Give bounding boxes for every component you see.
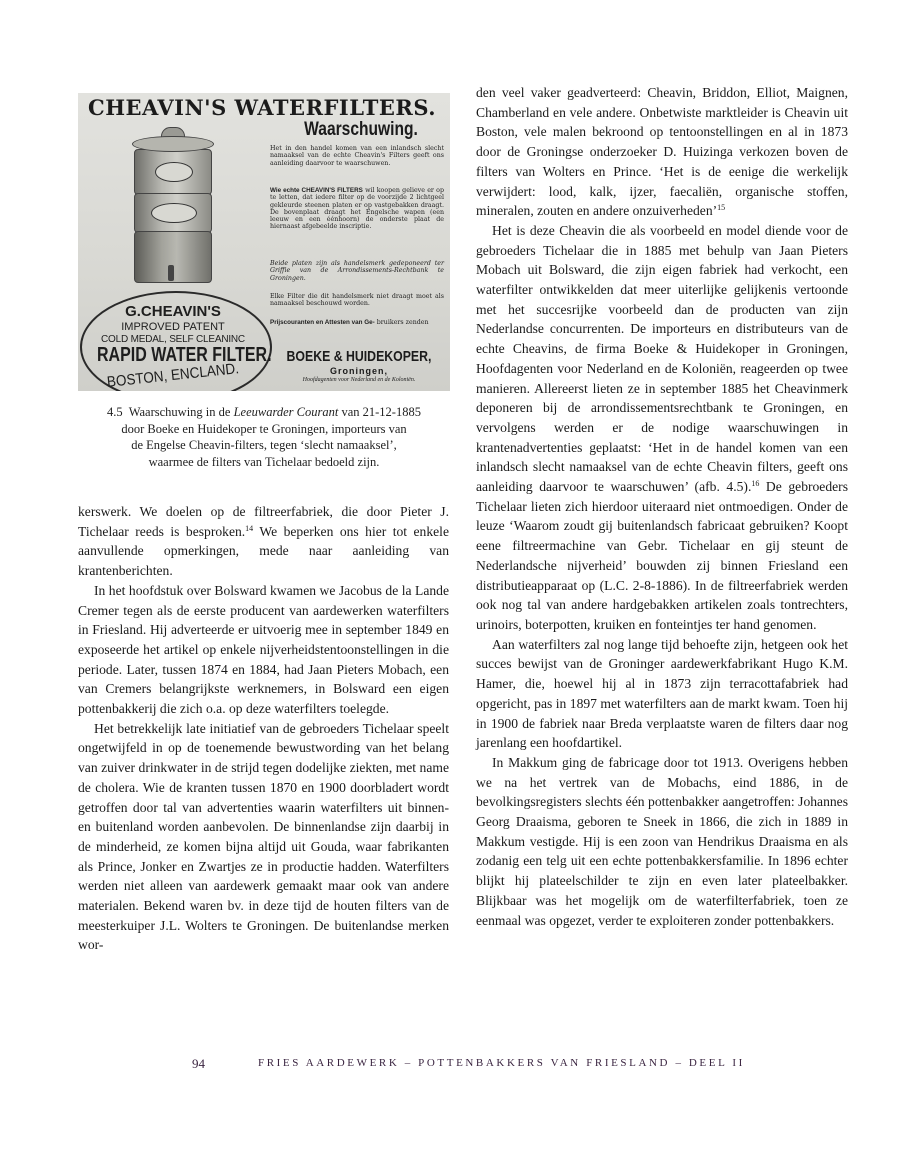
paragraph: In Makkum ging de fabricage door tot 191… [476, 753, 848, 930]
ad-paragraph-5: Prijscouranten en Attesten van Ge- bruik… [270, 319, 444, 326]
footnote-ref: 14 [245, 524, 253, 533]
ad-paragraph-5-bold: Prijscouranten en Attesten van Ge- [270, 319, 375, 326]
filter-upper-tier [134, 149, 212, 195]
ad-paragraph-4: Elke Filter die dit handelsmerk niet dra… [270, 293, 444, 308]
ad-warning-heading: Waarschuwing. [291, 119, 430, 141]
paragraph: Het is deze Cheavin die als voorbeeld en… [476, 221, 848, 635]
page-number: 94 [192, 1056, 205, 1072]
figure-caption: 4.5 Waarschuwing in de Leeuwarder Couran… [78, 404, 450, 470]
caption-date: van 21-12-1885 [341, 405, 421, 419]
oval-line-2: IMPROVED PATENT [78, 321, 268, 333]
caption-line-1: 4.5 Waarschuwing in de Leeuwarder Couran… [78, 404, 450, 421]
filter-inscription-plate [151, 203, 197, 223]
left-text-column: kerswerk. We doelen op de filtreerfabrie… [78, 502, 449, 955]
filter-emblem-plate [155, 162, 193, 182]
paragraph: Aan waterfilters zal nog lange tijd beho… [476, 635, 848, 753]
filter-tap [168, 265, 174, 281]
filter-lid [132, 136, 214, 152]
ad-agents-line: Hoofdagenten voor Nederland en de Koloni… [270, 377, 448, 383]
paragraph: In het hoofdstuk over Bolsward kwamen we… [78, 581, 449, 719]
ad-paragraph-3: Beide platen zijn als handelsmerk gedepo… [270, 260, 444, 282]
ad-company-name: BOEKE & HUIDEKOPER, [286, 348, 432, 365]
caption-line-3: de Engelse Cheavin-filters, tegen ‘slech… [78, 437, 450, 454]
footnote-ref: 15 [717, 203, 725, 212]
paragraph: Het betrekkelijk late initiatief van de … [78, 719, 449, 955]
filter-middle-tier [134, 193, 212, 233]
waterfilter-illustration [128, 127, 216, 287]
ad-paragraph-2-bold: Wie echte CHEAVIN'S FILTERS [270, 187, 363, 194]
paragraph-text: De gebroeders Tichelaar lieten zich hier… [476, 479, 848, 632]
ad-paragraph-2-text: wil koopen gelieve er op te letten, dat … [270, 187, 444, 230]
ad-title: CHEAVIN'S WATERFILTERS. [88, 95, 448, 120]
figure-advertisement-image: CHEAVIN'S WATERFILTERS. Waarschuwing. He… [78, 93, 450, 391]
paragraph-text: Het is deze Cheavin die als voorbeeld en… [476, 223, 848, 494]
ad-paragraph-2: Wie echte CHEAVIN'S FILTERS wil koopen g… [270, 187, 444, 231]
caption-figure-number: 4.5 [107, 405, 123, 419]
caption-text: Waarschuwing in de [129, 405, 231, 419]
oval-line-1: G.CHEAVIN'S [78, 303, 268, 320]
caption-line-4: waarmee de filters van Tichelaar bedoeld… [78, 454, 450, 471]
caption-line-2: door Boeke en Huidekoper te Groningen, i… [78, 421, 450, 438]
ad-paragraph-1: Het in den handel komen van een inlandsc… [270, 145, 444, 167]
ad-city: Groningen, [270, 366, 448, 376]
right-text-column: den veel vaker geadverteerd: Cheavin, Br… [476, 83, 848, 930]
running-title: FRIES AARDEWERK – POTTENBAKKERS VAN FRIE… [258, 1057, 745, 1069]
caption-newspaper-title: Leeuwarder Courant [234, 405, 339, 419]
paragraph-text: den veel vaker geadverteerd: Cheavin, Br… [476, 85, 848, 218]
paragraph: den veel vaker geadverteerd: Cheavin, Br… [476, 83, 848, 221]
ad-paragraph-5-text: bruikers zenden [377, 319, 429, 326]
paragraph: kerswerk. We doelen op de filtreerfabrie… [78, 502, 449, 581]
